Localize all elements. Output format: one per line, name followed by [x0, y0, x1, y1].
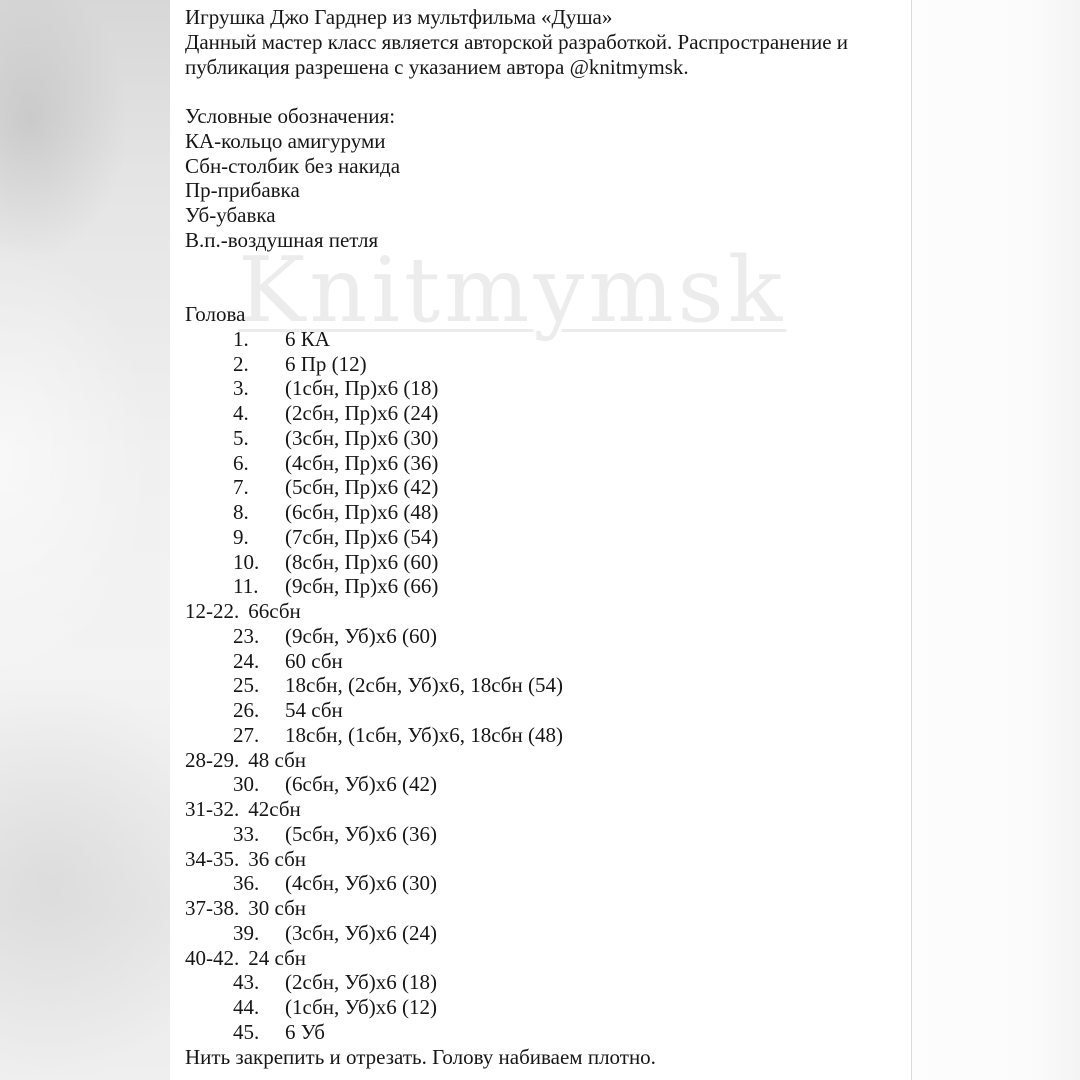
pattern-row: 4.(2сбн, Пр)х6 (24)	[185, 401, 891, 426]
row-number: 45.	[233, 1020, 285, 1045]
row-instruction: 18сбн, (2сбн, Уб)х6, 18сбн (54)	[285, 673, 563, 697]
header-line-2: Данный мастер класс является авторской р…	[185, 30, 891, 55]
pattern-row: 40-42.24 сбн	[185, 946, 891, 971]
pattern-row: 8.(6сбн, Пр)х6 (48)	[185, 500, 891, 525]
row-instruction: (2сбн, Пр)х6 (24)	[285, 401, 438, 425]
row-instruction: (9сбн, Пр)х6 (66)	[285, 574, 438, 598]
pattern-row: 37-38.30 сбн	[185, 896, 891, 921]
row-instruction: (7сбн, Пр)х6 (54)	[285, 525, 438, 549]
row-instruction: (9сбн, Уб)х6 (60)	[285, 624, 437, 648]
row-number: 36.	[233, 871, 285, 896]
blank-line	[185, 79, 891, 104]
row-number: 11.	[233, 574, 285, 599]
pattern-row: 7.(5сбн, Пр)х6 (42)	[185, 475, 891, 500]
row-instruction: 48 сбн	[248, 748, 306, 772]
pattern-row: 39.(3сбн, Уб)х6 (24)	[185, 921, 891, 946]
row-instruction: (4сбн, Пр)х6 (36)	[285, 451, 438, 475]
row-number: 12-22.	[185, 599, 239, 624]
pattern-row: 30.(6сбн, Уб)х6 (42)	[185, 772, 891, 797]
row-number: 6.	[233, 451, 285, 476]
row-number: 1.	[233, 327, 285, 352]
row-number: 7.	[233, 475, 285, 500]
pattern-row: 44.(1сбн, Уб)х6 (12)	[185, 995, 891, 1020]
legend-title: Условные обозначения:	[185, 104, 891, 129]
row-number: 10.	[233, 550, 285, 575]
row-instruction: (5сбн, Пр)х6 (42)	[285, 475, 438, 499]
left-margin-shadow	[0, 0, 170, 1080]
right-page-margin	[911, 0, 1080, 1080]
row-instruction: (4сбн, Уб)х6 (30)	[285, 871, 437, 895]
header-line-3: публикация разрешена с указанием автора …	[185, 55, 891, 80]
row-number: 3.	[233, 376, 285, 401]
row-number: 40-42.	[185, 946, 239, 971]
row-instruction: (1сбн, Уб)х6 (12)	[285, 995, 437, 1019]
row-instruction: 36 сбн	[248, 847, 306, 871]
row-number: 30.	[233, 772, 285, 797]
pattern-row: 9.(7сбн, Пр)х6 (54)	[185, 525, 891, 550]
pattern-row: 45.6 Уб	[185, 1020, 891, 1045]
row-number: 8.	[233, 500, 285, 525]
row-instruction: (2сбн, Уб)х6 (18)	[285, 970, 437, 994]
row-instruction: (3сбн, Уб)х6 (24)	[285, 921, 437, 945]
pattern-row: 28-29.48 сбн	[185, 748, 891, 773]
document-photo: Knitmymsk Игрушка Джо Гарднер из мультфи…	[0, 0, 1080, 1080]
pattern-row: 24.60 сбн	[185, 649, 891, 674]
pattern-page: Knitmymsk Игрушка Джо Гарднер из мультфи…	[170, 0, 911, 1080]
row-instruction: 6 КА	[285, 327, 330, 351]
pattern-row: 33.(5сбн, Уб)х6 (36)	[185, 822, 891, 847]
row-instruction: 66сбн	[248, 599, 301, 623]
row-number: 25.	[233, 673, 285, 698]
row-instruction: (3сбн, Пр)х6 (30)	[285, 426, 438, 450]
row-number: 2.	[233, 352, 285, 377]
pattern-rows: 1.6 КА2.6 Пр (12)3.(1сбн, Пр)х6 (18)4.(2…	[185, 327, 891, 1045]
row-number: 28-29.	[185, 748, 239, 773]
row-number: 34-35.	[185, 847, 239, 872]
pattern-row: 43.(2сбн, Уб)х6 (18)	[185, 970, 891, 995]
row-instruction: (6сбн, Пр)х6 (48)	[285, 500, 438, 524]
row-number: 31-32.	[185, 797, 239, 822]
row-instruction: 30 сбн	[248, 896, 306, 920]
legend-item-sbn: Сбн-столбик без накида	[185, 154, 891, 179]
row-number: 37-38.	[185, 896, 239, 921]
pattern-row: 36.(4сбн, Уб)х6 (30)	[185, 871, 891, 896]
legend-item-ub: Уб-убавка	[185, 203, 891, 228]
row-number: 23.	[233, 624, 285, 649]
pattern-row: 6.(4сбн, Пр)х6 (36)	[185, 451, 891, 476]
row-number: 27.	[233, 723, 285, 748]
legend-item-ka: КА-кольцо амигуруми	[185, 129, 891, 154]
row-instruction: (5сбн, Уб)х6 (36)	[285, 822, 437, 846]
row-instruction: 42сбн	[248, 797, 301, 821]
row-instruction: 60 сбн	[285, 649, 343, 673]
legend-item-pr: Пр-прибавка	[185, 178, 891, 203]
row-number: 26.	[233, 698, 285, 723]
pattern-row: 31-32.42сбн	[185, 797, 891, 822]
row-number: 44.	[233, 995, 285, 1020]
legend-item-vp: В.п.-воздушная петля	[185, 228, 891, 253]
row-instruction: (1сбн, Пр)х6 (18)	[285, 376, 438, 400]
row-number: 24.	[233, 649, 285, 674]
page-content: Игрушка Джо Гарднер из мультфильма «Душа…	[185, 5, 891, 1069]
pattern-row: 23.(9сбн, Уб)х6 (60)	[185, 624, 891, 649]
row-instruction: 24 сбн	[248, 946, 306, 970]
pattern-row: 2.6 Пр (12)	[185, 352, 891, 377]
pattern-row: 10.(8сбн, Пр)х6 (60)	[185, 550, 891, 575]
footer-note: Нить закрепить и отрезать. Голову набива…	[185, 1045, 891, 1070]
row-number: 33.	[233, 822, 285, 847]
pattern-row: 11.(9сбн, Пр)х6 (66)	[185, 574, 891, 599]
row-number: 43.	[233, 970, 285, 995]
row-instruction: 18сбн, (1сбн, Уб)х6, 18сбн (48)	[285, 723, 563, 747]
row-instruction: 54 сбн	[285, 698, 343, 722]
pattern-row: 25.18сбн, (2сбн, Уб)х6, 18сбн (54)	[185, 673, 891, 698]
row-instruction: (6сбн, Уб)х6 (42)	[285, 772, 437, 796]
pattern-row: 12-22.66сбн	[185, 599, 891, 624]
row-number: 5.	[233, 426, 285, 451]
pattern-row: 27.18сбн, (1сбн, Уб)х6, 18сбн (48)	[185, 723, 891, 748]
pattern-row: 26.54 сбн	[185, 698, 891, 723]
header-line-1: Игрушка Джо Гарднер из мультфильма «Душа…	[185, 5, 891, 30]
row-number: 9.	[233, 525, 285, 550]
row-number: 4.	[233, 401, 285, 426]
row-instruction: 6 Пр (12)	[285, 352, 367, 376]
row-number: 39.	[233, 921, 285, 946]
section-title-head: Голова	[185, 302, 891, 327]
row-instruction: 6 Уб	[285, 1020, 325, 1044]
pattern-row: 5.(3сбн, Пр)х6 (30)	[185, 426, 891, 451]
pattern-row: 3.(1сбн, Пр)х6 (18)	[185, 376, 891, 401]
pattern-row: 1.6 КА	[185, 327, 891, 352]
blank-lines	[185, 253, 891, 303]
row-instruction: (8сбн, Пр)х6 (60)	[285, 550, 438, 574]
pattern-row: 34-35.36 сбн	[185, 847, 891, 872]
